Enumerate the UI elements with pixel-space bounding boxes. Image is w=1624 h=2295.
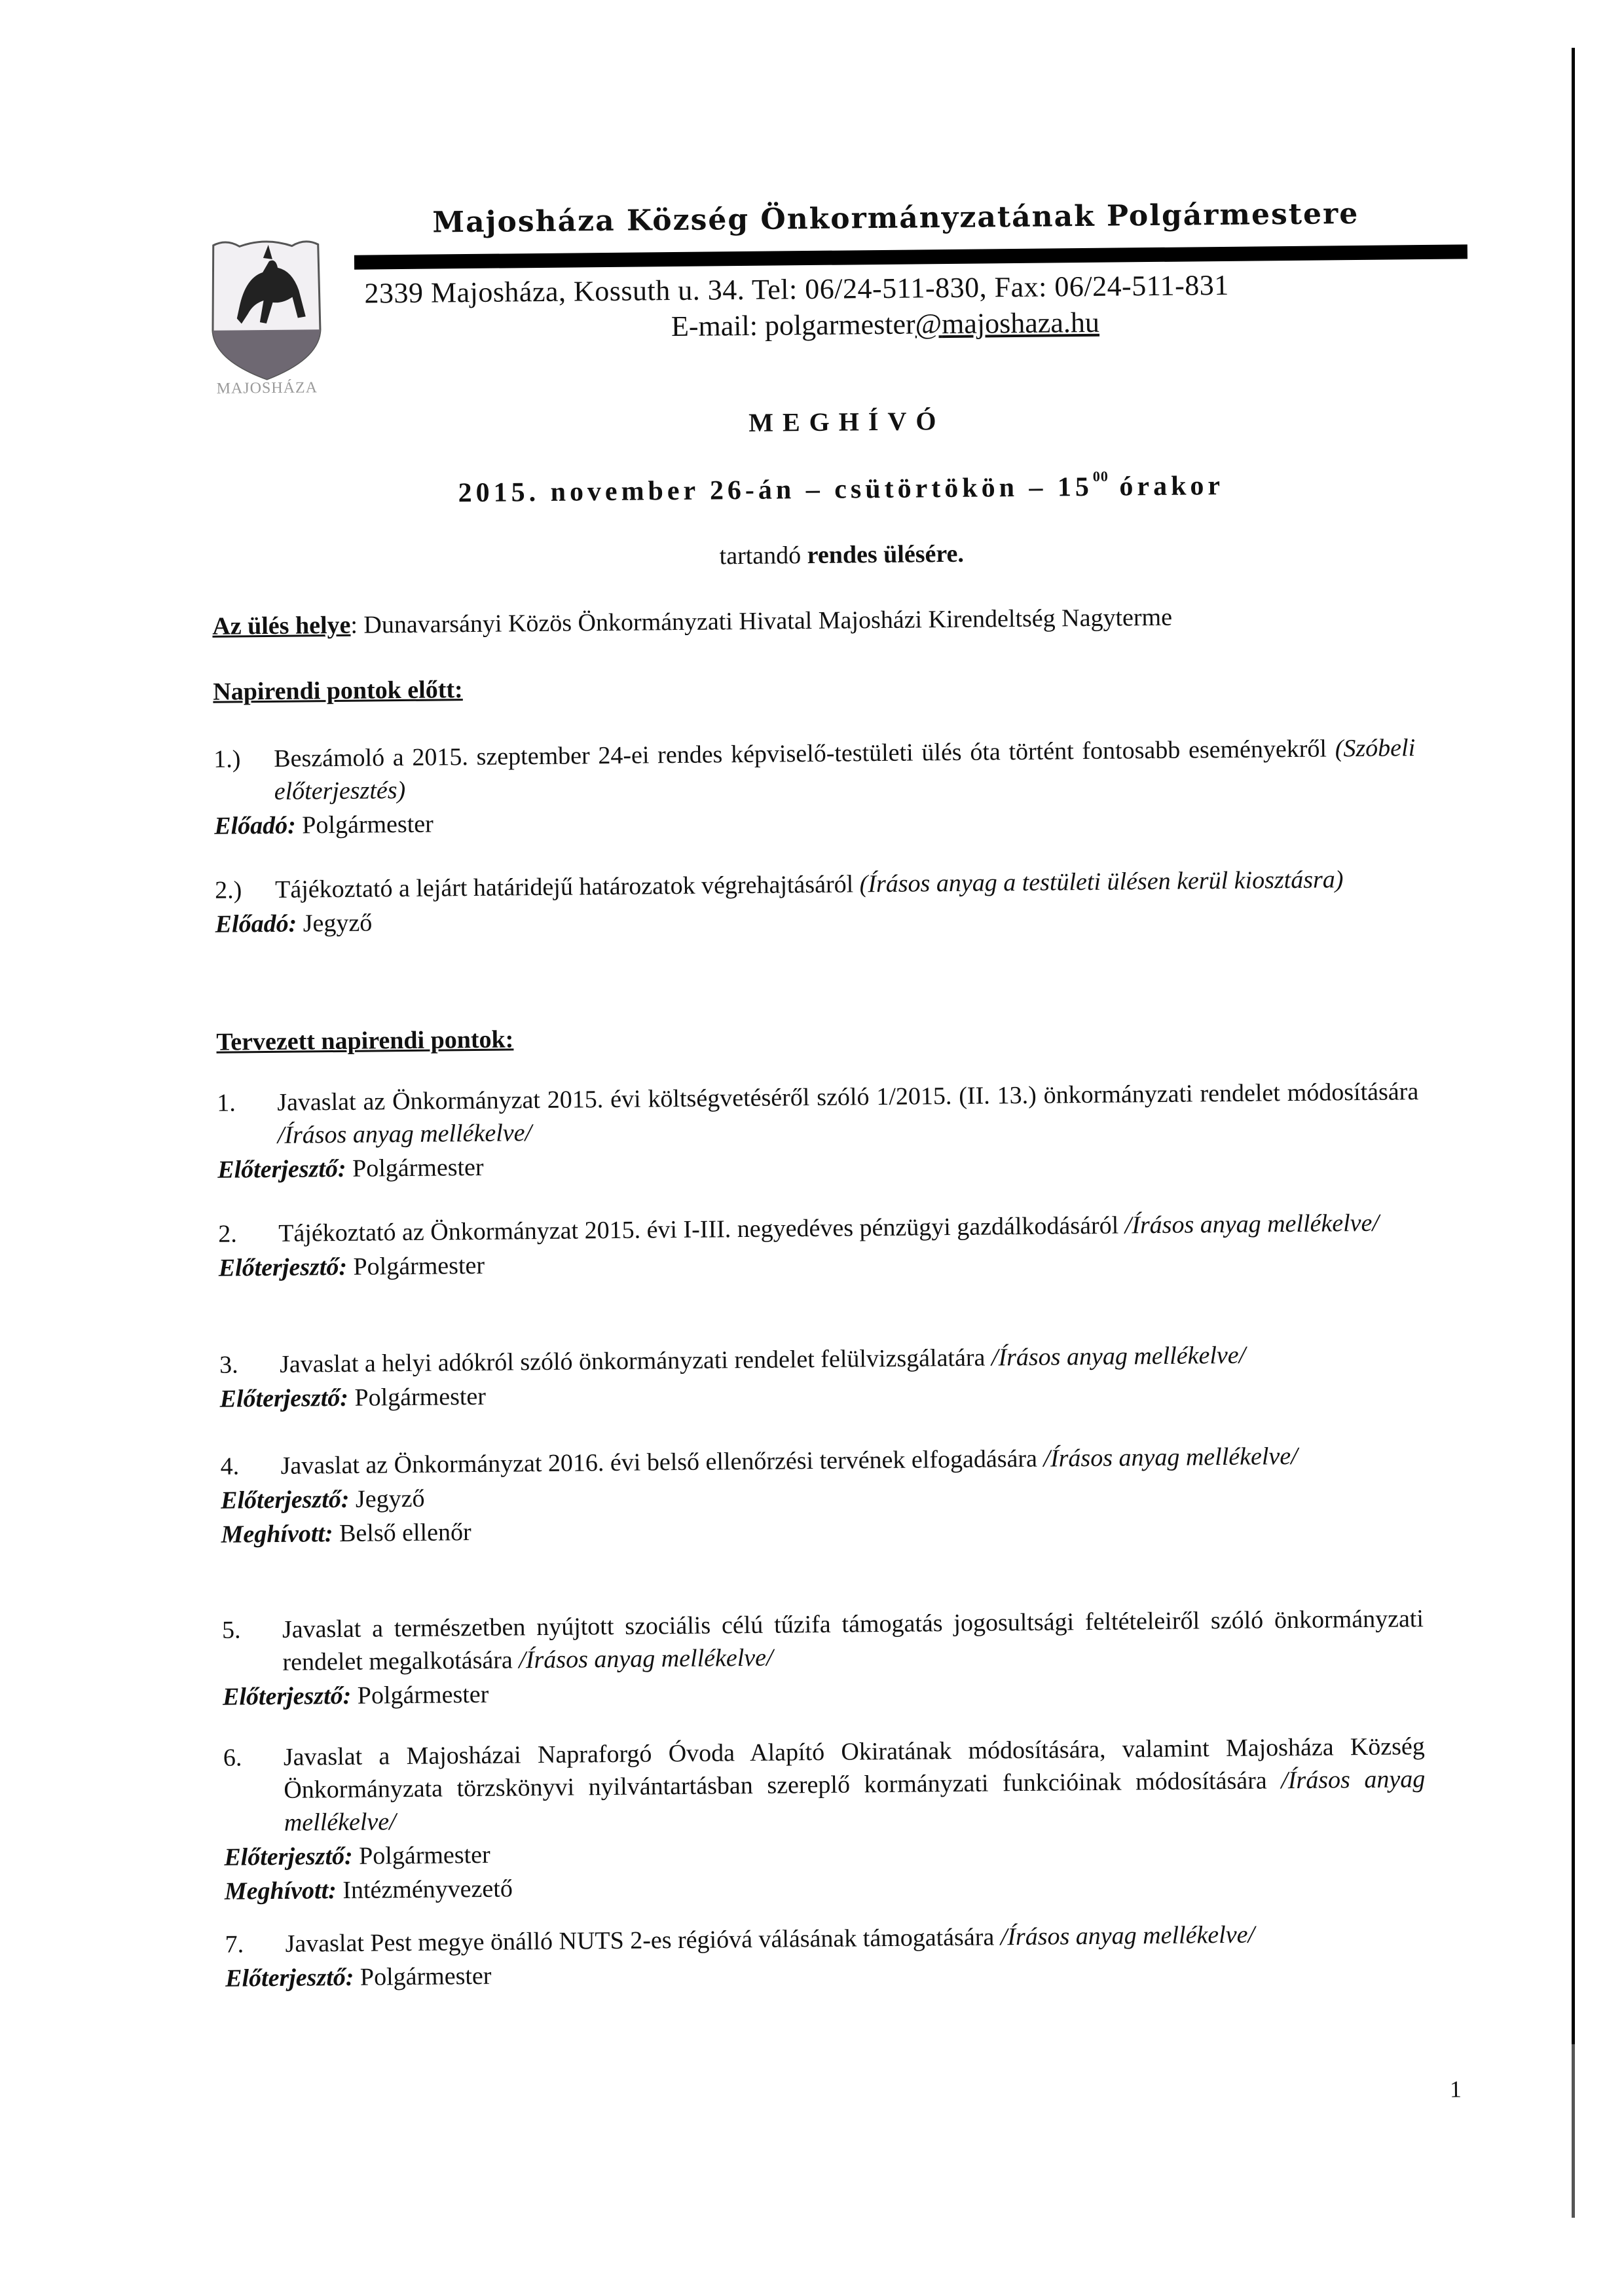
role-label: Előadó: (215, 910, 297, 938)
pre-agenda-item: 2.)Tájékoztató a lejárt határidejű határ… (215, 862, 1417, 941)
meeting-venue: Az ülés helye: Dunavarsányi Közös Önkorm… (212, 600, 1456, 641)
item-text: Beszámoló a 2015. szeptember 24-ei rende… (274, 731, 1416, 808)
venue-value: : Dunavarsányi Közös Önkormányzati Hivat… (350, 604, 1172, 639)
role-value: Polgármester (347, 1252, 485, 1281)
role-value: Polgármester (348, 1383, 486, 1412)
item-text: Javaslat a természetben nyújtott szociál… (282, 1602, 1424, 1679)
agenda-item: 7.Javaslat Pest megye önálló NUTS 2-es r… (225, 1917, 1427, 1995)
agenda-heading: Tervezett napirendi pontok: (216, 1025, 513, 1056)
item-note: (Írásos anyag a testületi ülésen kerül k… (859, 866, 1343, 898)
svg-text:MAJOSHÁZA: MAJOSHÁZA (217, 379, 318, 396)
agenda-list: 1.Javaslat az Önkormányzat 2015. évi köl… (0, 0, 1622, 2)
item-note: (Szóbeli előterjesztés) (274, 734, 1416, 805)
role-value: Jegyző (349, 1485, 424, 1513)
item-number: 2.) (215, 873, 275, 907)
role-value: Polgármester (296, 811, 434, 839)
item-note: /Írásos anyag mellékelve/ (1124, 1209, 1379, 1239)
item-note: /Írásos anyag mellékelve/ (284, 1765, 1426, 1837)
item-note: /Írásos anyag mellékelve/ (1043, 1442, 1298, 1473)
agenda-item: 3.Javaslat a helyi adókról szóló önkormá… (219, 1337, 1422, 1416)
role-label: Meghívott: (225, 1877, 337, 1905)
role-label: Előterjesztő: (219, 1253, 348, 1282)
venue-label: Az ülés helye (212, 612, 350, 640)
role-value: Polgármester (354, 1962, 491, 1991)
role-value: Polgármester (346, 1154, 483, 1183)
item-note: /Írásos anyag mellékelve/ (1001, 1921, 1255, 1951)
meeting-date: 2015. november 26-án – csütörtökön – 150… (3, 463, 1624, 513)
item-number: 6. (223, 1741, 284, 1840)
agenda-item: 2.Tájékoztató az Önkormányzat 2015. évi … (218, 1206, 1420, 1285)
item-number: 4. (220, 1450, 280, 1483)
item-note: /Írásos anyag mellékelve/ (991, 1342, 1246, 1372)
pre-agenda-list: 1.)Beszámoló a 2015. szeptember 24-ei re… (0, 0, 1622, 2)
page-number: 1 (1450, 2076, 1462, 2103)
document-title: MEGHÍVÓ (2, 399, 1624, 445)
item-number: 1. (217, 1086, 278, 1152)
role-label: Előadó: (214, 812, 296, 840)
role-label: Előterjesztő: (223, 1682, 352, 1711)
pre-agenda-heading: Napirendi pontok előtt: (213, 675, 463, 707)
role-label: Előterjesztő: (217, 1155, 346, 1184)
agenda-item: 6.Javaslat a Majosházai Napraforgó Óvoda… (223, 1730, 1426, 1908)
meeting-type: tartandó rendes ülésére. (3, 533, 1624, 578)
item-note: /Írásos anyag mellékelve/ (519, 1644, 773, 1674)
role-value: Intézményvezető (337, 1875, 513, 1904)
role-value: Belső ellenőr (333, 1518, 471, 1547)
item-number: 1.) (213, 743, 274, 809)
item-number: 7. (225, 1928, 285, 1961)
letterhead-divider (354, 244, 1467, 269)
role-value: Jegyző (297, 909, 372, 937)
agenda-item: 4.Javaslat az Önkormányzat 2016. évi bel… (220, 1439, 1422, 1551)
role-label: Előterjesztő: (225, 1964, 354, 1992)
agenda-item: 1.Javaslat az Önkormányzat 2015. évi köl… (217, 1075, 1419, 1186)
document-page: MAJOSHÁZA Majosháza Község Önkormányzatá… (0, 0, 1624, 2295)
item-number: 3. (219, 1348, 280, 1382)
agenda-item: 5.Javaslat a természetben nyújtott szoci… (222, 1602, 1424, 1714)
item-number: 2. (218, 1217, 278, 1251)
role-label: Előterjesztő: (221, 1486, 350, 1515)
email-link[interactable]: @majoshaza.hu (915, 306, 1099, 340)
item-text: Javaslat a Majosházai Napraforgó Óvoda A… (284, 1730, 1426, 1839)
role-label: Meghívott: (221, 1520, 333, 1549)
email-label: E-mail: polgarmester (671, 308, 915, 342)
role-value: Polgármester (351, 1681, 489, 1710)
item-text: Javaslat az Önkormányzat 2015. évi költs… (277, 1075, 1419, 1152)
role-value: Polgármester (352, 1841, 490, 1870)
role-label: Előterjesztő: (224, 1843, 353, 1871)
item-number: 5. (222, 1613, 283, 1680)
pre-agenda-item: 1.)Beszámoló a 2015. szeptember 24-ei re… (213, 731, 1416, 843)
item-note: /Írásos anyag mellékelve/ (278, 1119, 532, 1149)
letterhead-title: Majosháza Község Önkormányzatának Polgár… (432, 197, 1382, 240)
role-label: Előterjesztő: (219, 1384, 348, 1413)
